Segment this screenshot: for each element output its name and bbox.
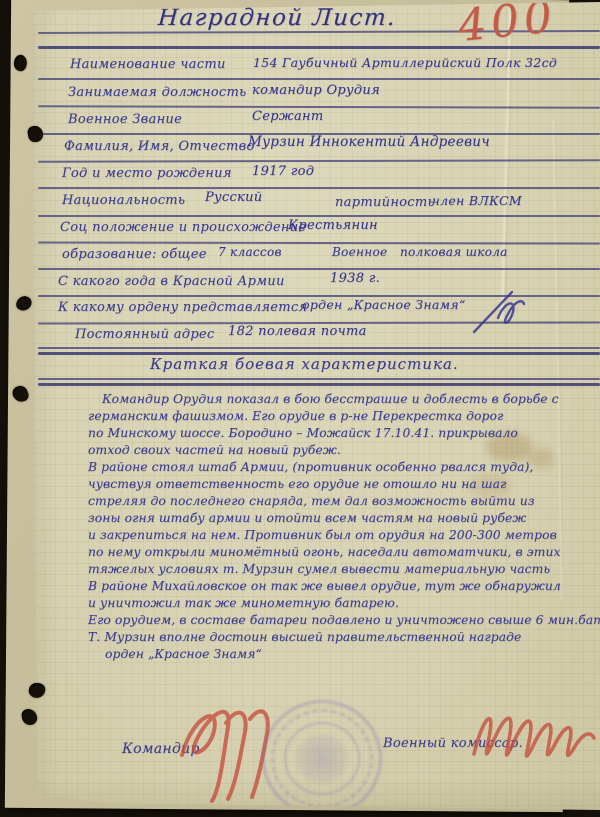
field-value: 1917 год — [252, 164, 314, 179]
field-label: Фамилия, Имя, Отчество — [64, 139, 255, 154]
body-line: и уничтожил так же минометную батарею. — [88, 596, 399, 610]
ruled-line — [38, 78, 600, 80]
ruled-line — [38, 159, 600, 162]
body-line: и закрепиться на нем. Противник был от о… — [88, 528, 557, 542]
field-value: орден „Красное Знамя“ — [302, 297, 466, 312]
field-label: Соц положение и происхождение — [60, 220, 306, 235]
body-line: Командир Орудия показал в бою бесстрашие… — [102, 392, 559, 406]
field-value: Сержант — [252, 109, 323, 124]
award-sheet-page: Наградной Лист. 400 Наименование части 1… — [0, 0, 600, 817]
body-line: В районе стоял штаб Армии, (противник ос… — [88, 460, 533, 474]
ruled-line — [38, 347, 600, 349]
page-number: 400 — [456, 0, 559, 49]
commissar-signature — [468, 688, 600, 784]
field-label: Занимаемая должность — [68, 85, 246, 100]
field-label: Военное — [332, 245, 387, 259]
field-label: Национальность — [62, 193, 185, 208]
body-line: стреляя до последнего снаряда, тем дал в… — [88, 494, 535, 508]
field-value: Крестьянин — [288, 218, 378, 233]
field-label: К какому ордену представляется — [58, 300, 307, 315]
field-label: С какого года в Красной Армии — [58, 274, 285, 289]
field-value: член ВЛКСМ — [432, 193, 522, 208]
body-line: тяжелых условиях т. Мурзин сумел вывести… — [88, 562, 550, 576]
field-value: Мурзин Иннокентий Андреевич — [248, 134, 490, 150]
body-line: Его орудием, в составе батареи подавлено… — [88, 613, 600, 627]
field-value: 182 полевая почта — [228, 324, 367, 339]
body-line: Т. Мурзин вполне достоин высшей правител… — [88, 630, 521, 644]
ruled-line — [38, 215, 600, 217]
body-line: по Минскому шоссе. Бородино – Можайск 17… — [88, 426, 518, 440]
field-label: образование: общее — [62, 247, 207, 262]
ruled-line — [38, 187, 600, 189]
field-label: Наименование части — [70, 57, 226, 72]
body-line: зоны огня штабу армии и отойти всем част… — [88, 511, 526, 525]
body-line: отход своих частей на новый рубеж. — [88, 443, 341, 457]
ruled-line — [38, 383, 600, 386]
blue-ink-check-mark — [470, 288, 540, 336]
body-line: чувствуя ответственность его орудие не о… — [88, 477, 506, 491]
field-label: партийность — [335, 195, 435, 210]
round-ink-stamp — [262, 700, 382, 817]
field-value: Русский — [205, 190, 262, 205]
body-line: германским фашизмом. Его орудие в р-не П… — [88, 409, 503, 423]
field-value: 1938 г. — [330, 271, 380, 286]
section-heading: Краткая боевая характеристика. — [150, 355, 450, 373]
scanned-award-document: Наградной Лист. 400 Наименование части 1… — [0, 0, 600, 817]
ruled-line — [38, 378, 600, 380]
field-value: полковая школа — [400, 245, 508, 259]
body-line: орден „Красное Знамя“ — [105, 647, 262, 661]
field-label: Год и место рождения — [62, 166, 232, 181]
field-label: Постоянный адрес — [75, 327, 215, 342]
field-value: командир Орудия — [252, 83, 380, 98]
body-line: по нему открыли миномётный огонь, наседа… — [88, 545, 561, 559]
ruled-line — [38, 268, 600, 270]
ruled-line — [38, 46, 600, 49]
field-label: Военное Звание — [68, 112, 182, 127]
ruled-line — [38, 242, 600, 245]
field-value: 7 классов — [218, 245, 282, 259]
field-value: 154 Гаубичный Артиллерийский Полк 32сд — [253, 55, 557, 70]
document-title: Наградной Лист. — [157, 5, 397, 31]
body-line: В районе Михайловское он так же вывел ор… — [88, 579, 561, 593]
